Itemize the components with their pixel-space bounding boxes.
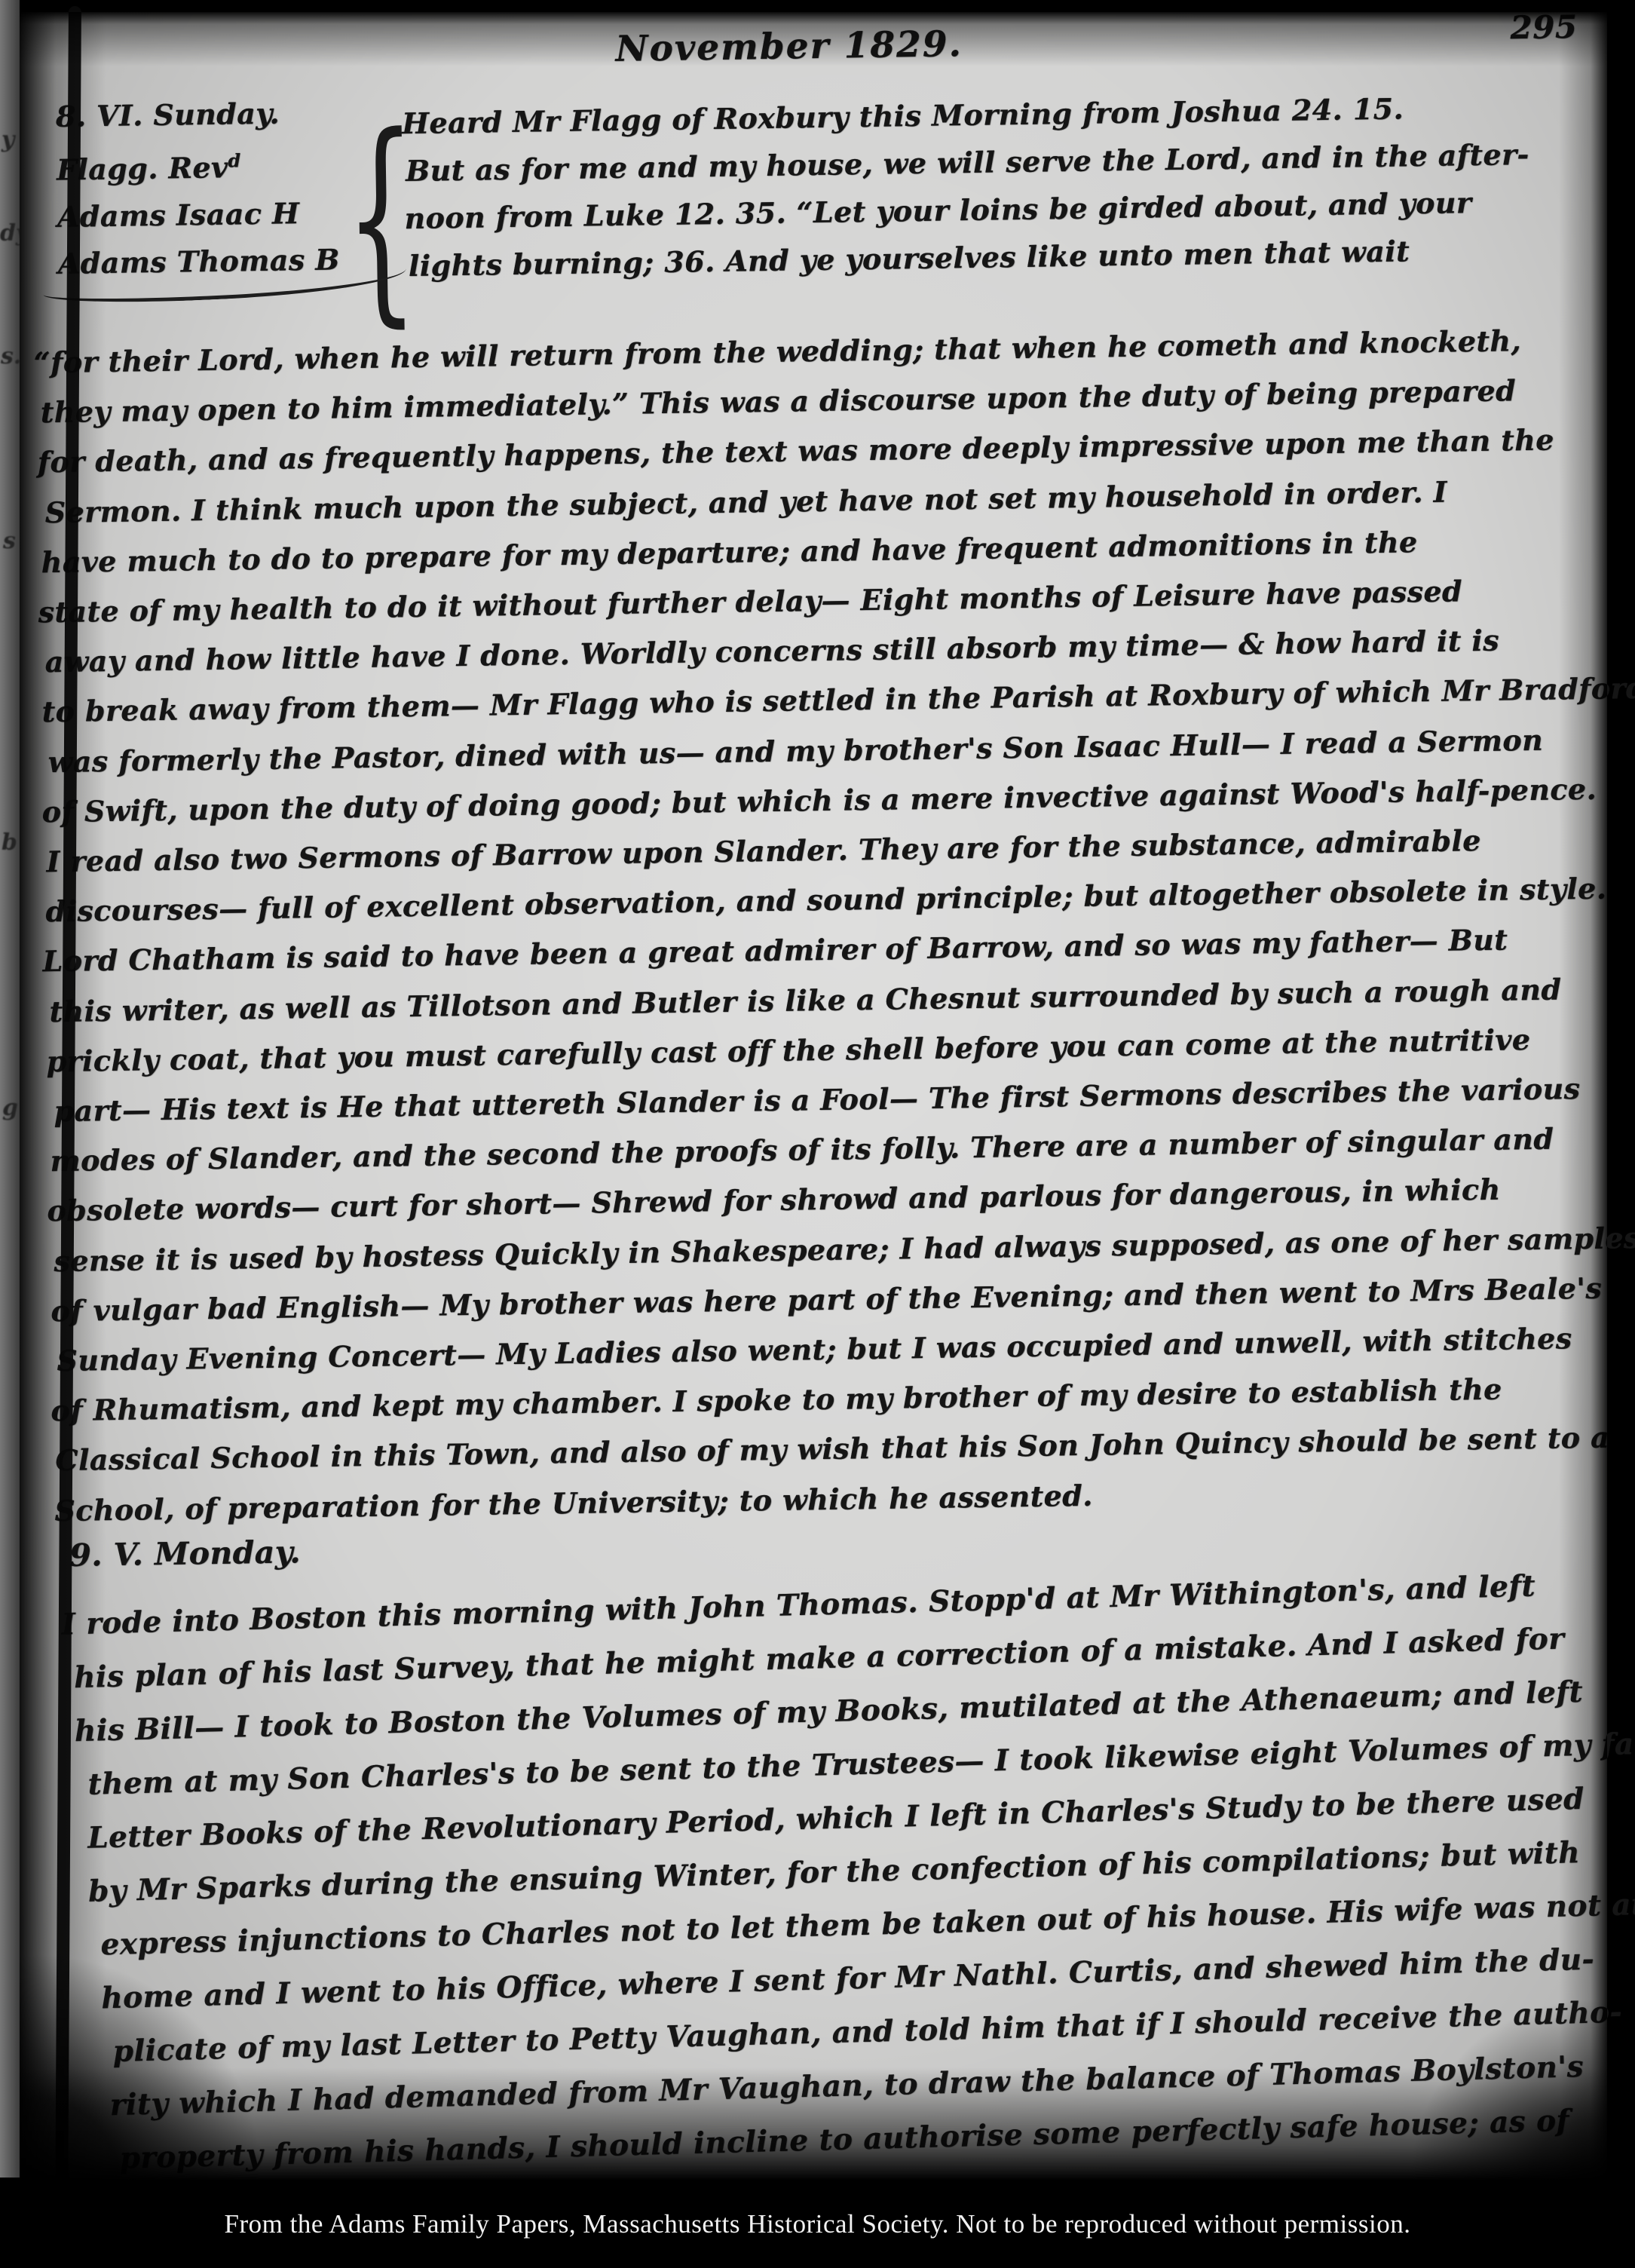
archive-credit-text: From the Adams Family Papers, Massachuse…	[225, 2209, 1411, 2239]
diary-page: November 1829. 295 8. VI. Sunday. Flagg.…	[20, 12, 1607, 2181]
edge-text-fragment: g	[2, 1095, 18, 1121]
page-date-heading: November 1829.	[336, 20, 1242, 75]
handwritten-text-layer: November 1829. 295 8. VI. Sunday. Flagg.…	[20, 0, 1635, 2192]
edge-text-fragment: y	[2, 127, 14, 153]
page-number: 295	[1510, 8, 1578, 46]
monday-entry-heading: 9. V. Monday.	[69, 1534, 301, 1574]
margin-note-flagg: Flagg. Revd	[56, 136, 338, 193]
facing-page-edge: y s. dy, s b g	[0, 0, 20, 2178]
edge-text-fragment: s	[3, 528, 16, 554]
sunday-entry-body: “for their Lord, when he will return fro…	[33, 314, 1635, 1536]
margin-note-date: 8. VI. Sunday.	[55, 89, 338, 140]
archive-credit-bar: From the Adams Family Papers, Massachuse…	[0, 2181, 1635, 2268]
monday-entry-body: I rode into Boston this morning with Joh…	[61, 1555, 1635, 2187]
margin-index-notes: 8. VI. Sunday. Flagg. Revd Adams Isaac H…	[55, 89, 340, 287]
sunday-entry-opening-lines: Heard Mr Flagg of Roxbury this Morning f…	[402, 83, 1531, 290]
manuscript-scan: y s. dy, s b g November 1829. 295 8. VI.…	[0, 0, 1635, 2268]
margin-note-adams-isaac: Adams Isaac H	[57, 189, 339, 241]
edge-text-fragment: s.	[1, 343, 21, 369]
edge-text-fragment: b	[2, 829, 17, 856]
